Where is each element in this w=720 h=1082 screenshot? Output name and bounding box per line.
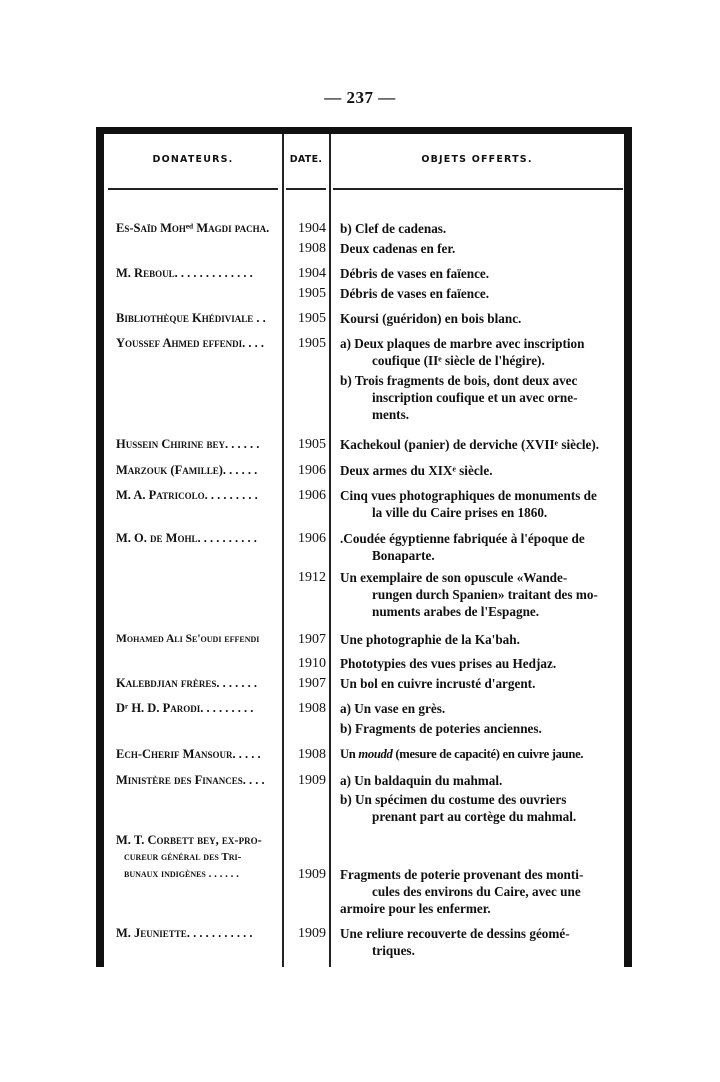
- header-objects: OBJETS OFFERTS.: [330, 154, 624, 165]
- donation-date: 1906: [284, 462, 328, 479]
- donated-object: Deux cadenas en fer.: [340, 240, 624, 257]
- donated-object: Koursi (guéridon) en bois blanc.: [340, 310, 624, 327]
- donated-object: Fragments de poterie provenant des monti…: [340, 866, 624, 917]
- donated-object: Un bol en cuivre incrusté d'argent.: [340, 675, 624, 692]
- donor-name: Es-Saïd Mohᵉᵈ Magdi pacha.: [116, 220, 280, 237]
- column-divider-date-object: [329, 134, 331, 967]
- column-divider-donor-date: [282, 134, 284, 967]
- header-rule: [333, 188, 623, 190]
- donated-object: Débris de vases en faïence.: [340, 265, 624, 282]
- donor-name: M. Reboul. . . . . . . . . . . . .: [116, 265, 280, 282]
- donated-object: a) Deux plaques de marbre avec inscripti…: [340, 335, 624, 423]
- donated-object: a) Un vase en grès. b) Fragments de pote…: [340, 700, 624, 737]
- donated-object: Une reliure recouverte de dessins géomé-…: [340, 925, 624, 959]
- donation-date: 1909: [284, 772, 328, 789]
- donated-object: Kachekoul (panier) de derviche (XVIIᵉ si…: [340, 436, 624, 453]
- header-rule: [286, 188, 326, 190]
- donated-object: Une photographie de la Ka'bah.: [340, 631, 624, 648]
- donation-date: 1908: [284, 700, 328, 717]
- donor-name: M. Jeuniette. . . . . . . . . . .: [116, 925, 280, 942]
- donated-object: Deux armes du XIXᵉ siècle.: [340, 462, 624, 479]
- page-number: — 237 —: [0, 88, 720, 108]
- donation-date: 1904: [284, 265, 328, 282]
- donor-name: Hussein Chirine bey. . . . . .: [116, 436, 280, 453]
- donation-date: 1906: [284, 487, 328, 504]
- donated-object: a) Un baldaquin du mahmal. b) Un spécime…: [340, 772, 624, 825]
- donor-name: Ech-Cherif Mansour. . . . .: [116, 746, 280, 763]
- donor-name: Ministère des Finances. . . .: [116, 772, 280, 789]
- donor-name: Marzouk (Famille). . . . . .: [116, 462, 280, 479]
- donation-date: 1908: [284, 746, 328, 763]
- donation-date: 1907: [284, 631, 328, 648]
- donation-date: 1905: [284, 335, 328, 352]
- donor-name: M. O. de Mohl. . . . . . . . . .: [116, 530, 280, 547]
- donor-name: Kalebdjian frères. . . . . . .: [116, 675, 280, 692]
- donation-date: 1907: [284, 675, 328, 692]
- donated-object: Un exemplaire de son opuscule «Wande- ru…: [340, 569, 624, 620]
- donation-date: 1910: [284, 655, 328, 672]
- donated-object: Phototypies des vues prises au Hedjaz.: [340, 655, 624, 672]
- donation-date: 1912: [284, 569, 328, 586]
- donor-name: Youssef Ahmed effendi. . . .: [116, 335, 280, 352]
- donor-name: M. T. Corbett bey, ex-pro- cureur généra…: [116, 832, 280, 883]
- donor-name: Mohamed Ali Se'oudi effendi: [116, 631, 280, 648]
- donation-date: 1905: [284, 310, 328, 327]
- donor-name: Dʳ H. D. Parodi. . . . . . . . .: [116, 700, 280, 717]
- donation-date: 1909: [284, 925, 328, 942]
- donation-date: 1908: [284, 240, 328, 257]
- header-rule: [108, 188, 278, 190]
- donated-object: Débris de vases en faïence.: [340, 285, 624, 302]
- donated-object: b) Clef de cadenas.: [340, 220, 624, 237]
- donation-date: 1905: [284, 285, 328, 302]
- donation-date: 1909: [284, 866, 328, 883]
- donated-object: Un moudd (mesure de capacité) en cuivre …: [340, 746, 624, 763]
- donated-object: .Coudée égyptienne fabriquée à l'époque …: [340, 530, 624, 564]
- donated-object: Cinq vues photographiques de monuments d…: [340, 487, 624, 521]
- donor-name: Bibliothèque Khédiviale . .: [116, 310, 280, 327]
- donations-table: DONATEURS. DATE. OBJETS OFFERTS. Es-Saïd…: [96, 127, 632, 967]
- donor-name: M. A. Patricolo. . . . . . . . .: [116, 487, 280, 504]
- donation-date: 1905: [284, 436, 328, 453]
- header-date: DATE.: [282, 154, 330, 165]
- header-donors: DONATEURS.: [104, 154, 282, 165]
- donation-date: 1906: [284, 530, 328, 547]
- donation-date: 1904: [284, 220, 328, 237]
- table-header: DONATEURS. DATE. OBJETS OFFERTS.: [104, 134, 624, 190]
